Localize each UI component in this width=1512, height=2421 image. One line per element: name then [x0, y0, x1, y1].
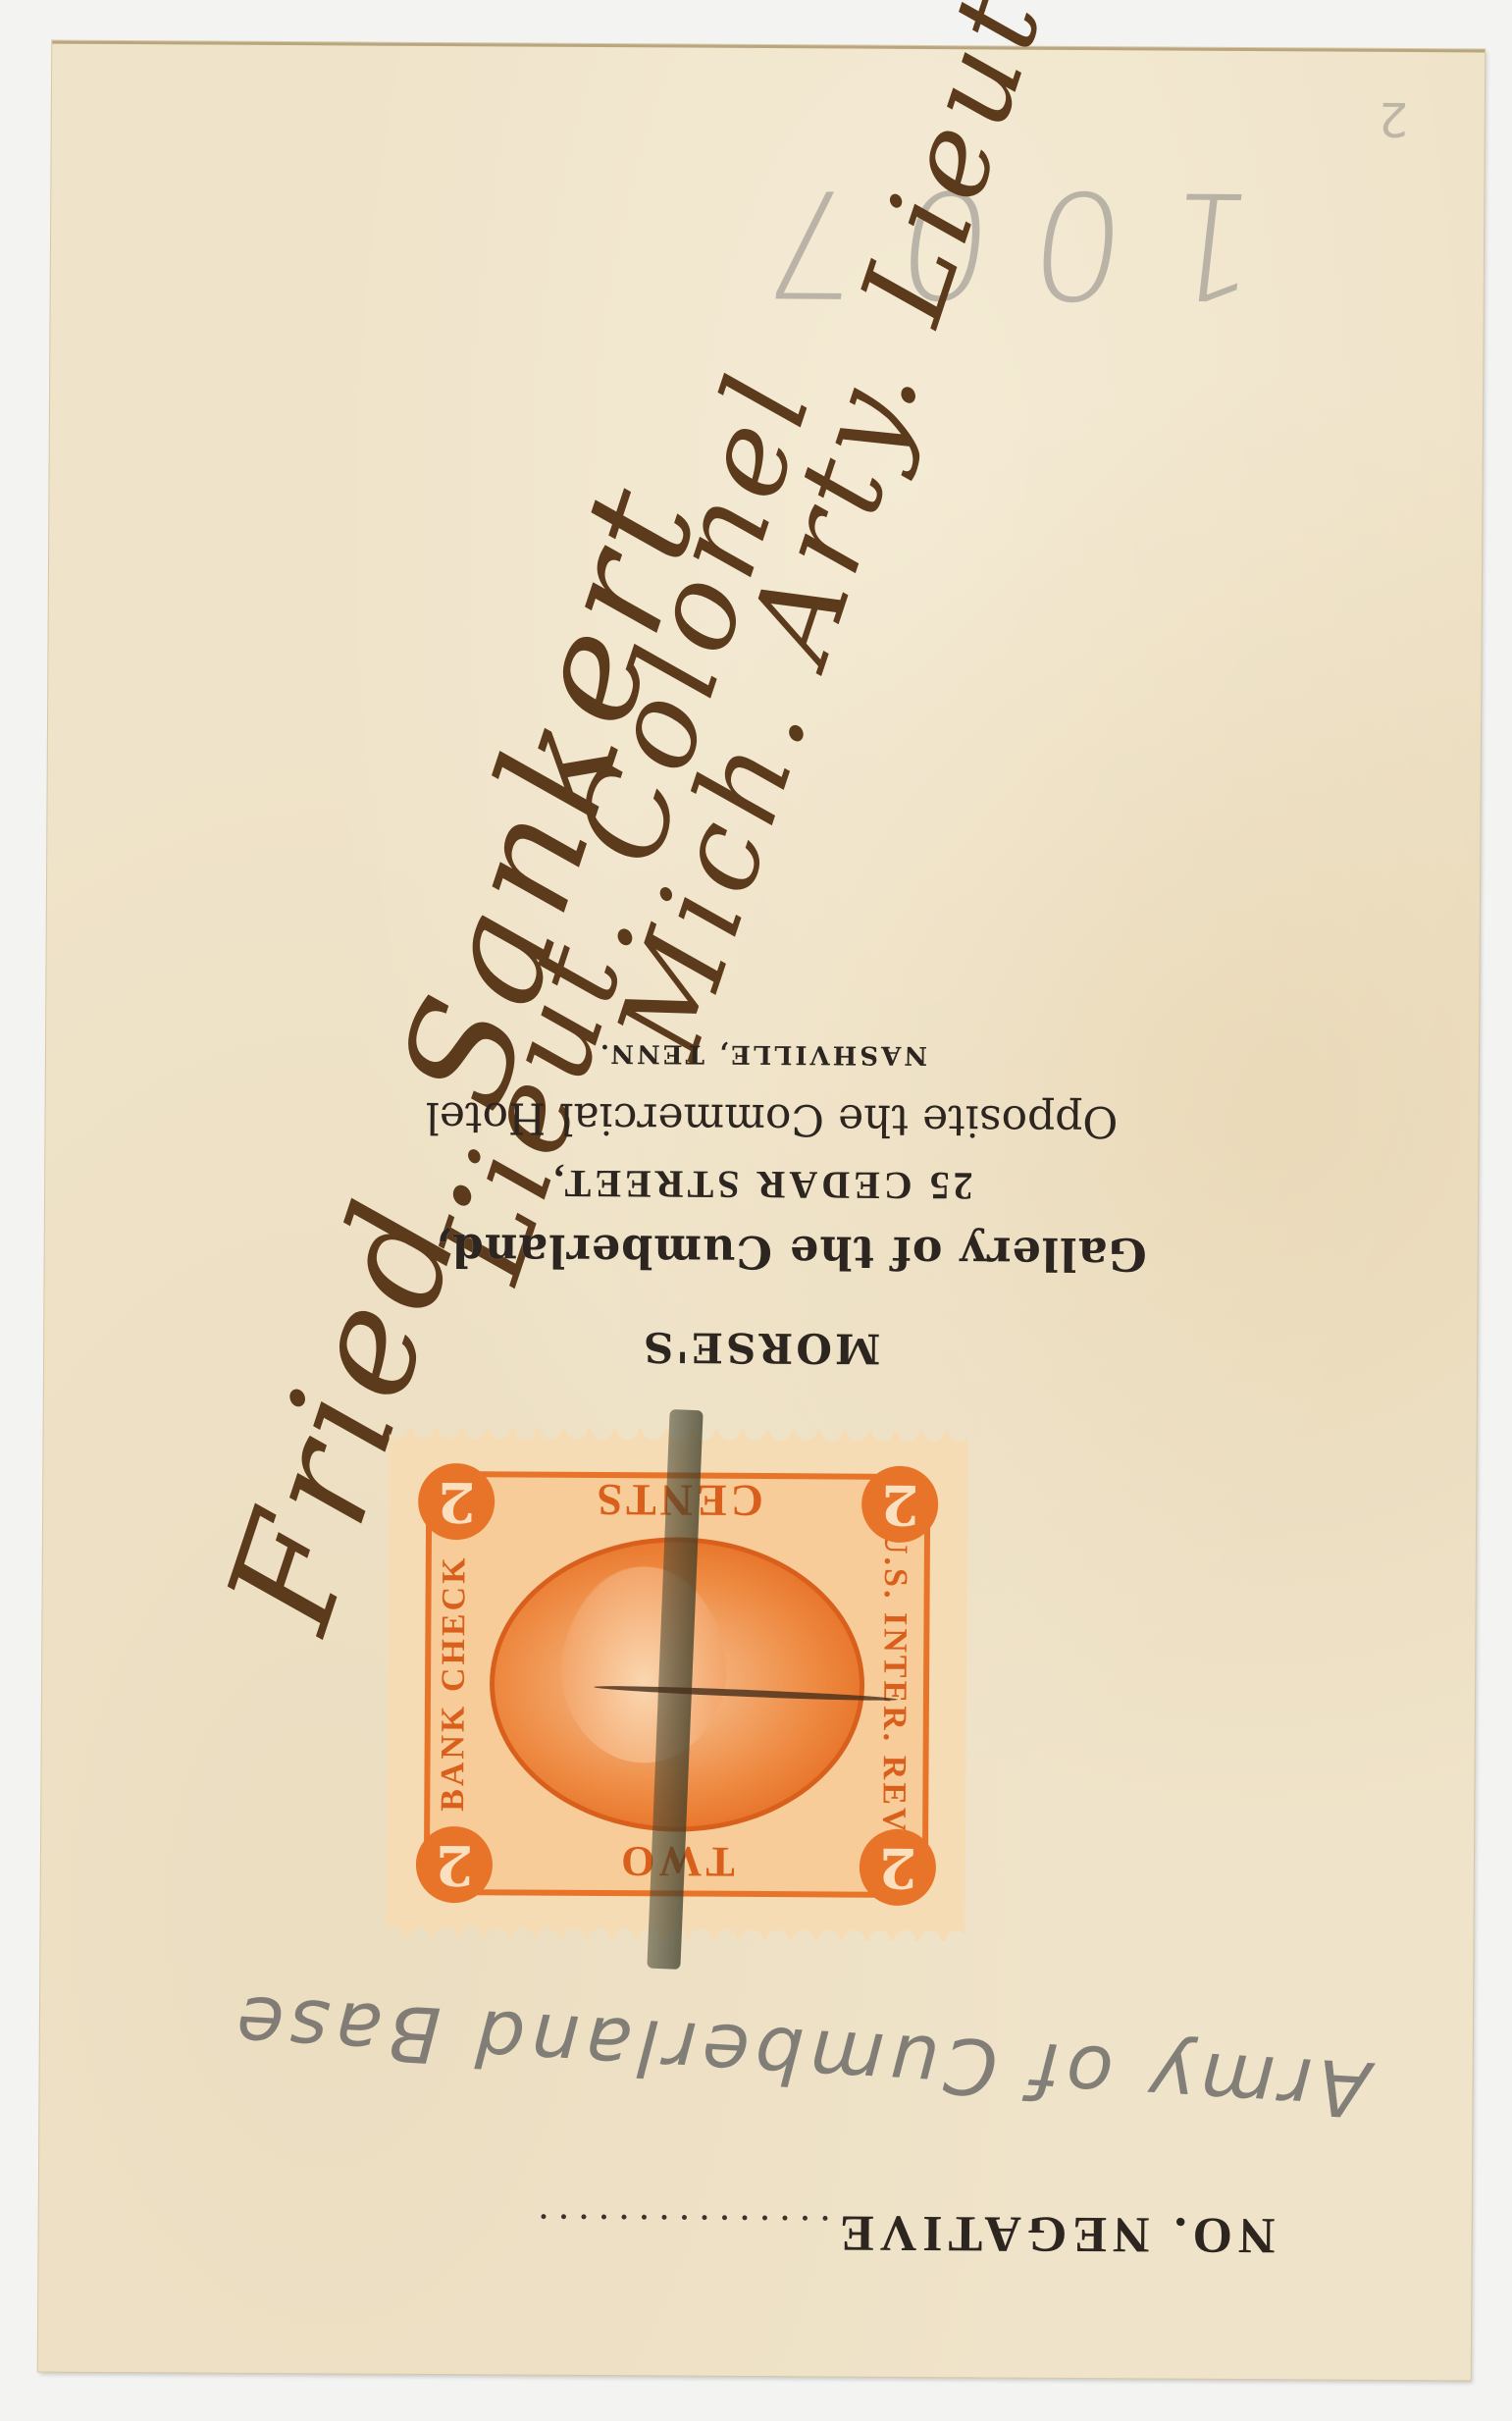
imprint-street: 25 CEDAR STREET,	[45, 1158, 1487, 1213]
stamp-corner-numeral: 2	[861, 1466, 938, 1543]
imprint-studio-name: MORSE'S	[44, 1320, 1496, 1377]
negative-label: NO. NEGATIVE	[834, 2204, 1276, 2263]
stamp-left-text: U.S. INTER. REV.	[874, 1530, 913, 1842]
stamp-corner-numeral: 2	[416, 1826, 493, 1903]
pencil-corner-mark: 2	[1379, 91, 1409, 146]
imprint-gallery: Gallery of the Cumberland,	[45, 1222, 1507, 1284]
negative-number-line: NO. NEGATIVE ...............	[284, 2199, 1275, 2264]
stamp-corner-numeral: 2	[860, 1829, 936, 1906]
stamp-corner-numeral: 2	[418, 1463, 495, 1540]
photo-card-back: 2 1007 Mich. Arty. Lieut. Lieut. Colonel…	[38, 41, 1485, 2381]
negative-dots: ...............	[528, 2205, 830, 2252]
washington-portrait-icon	[560, 1566, 728, 1763]
pencil-note-base: Army of Cumberland Base	[185, 1975, 1415, 2135]
imprint-location: Opposite the Commercial Hotel	[45, 1090, 1487, 1149]
stamp-right-text: BANK CHECK	[435, 1554, 474, 1812]
revenue-stamp: TWO CENTS U.S. INTER. REV. BANK CHECK 2 …	[386, 1428, 967, 1942]
imprint-city: NASHVILLE, TENN.	[46, 1035, 1498, 1074]
